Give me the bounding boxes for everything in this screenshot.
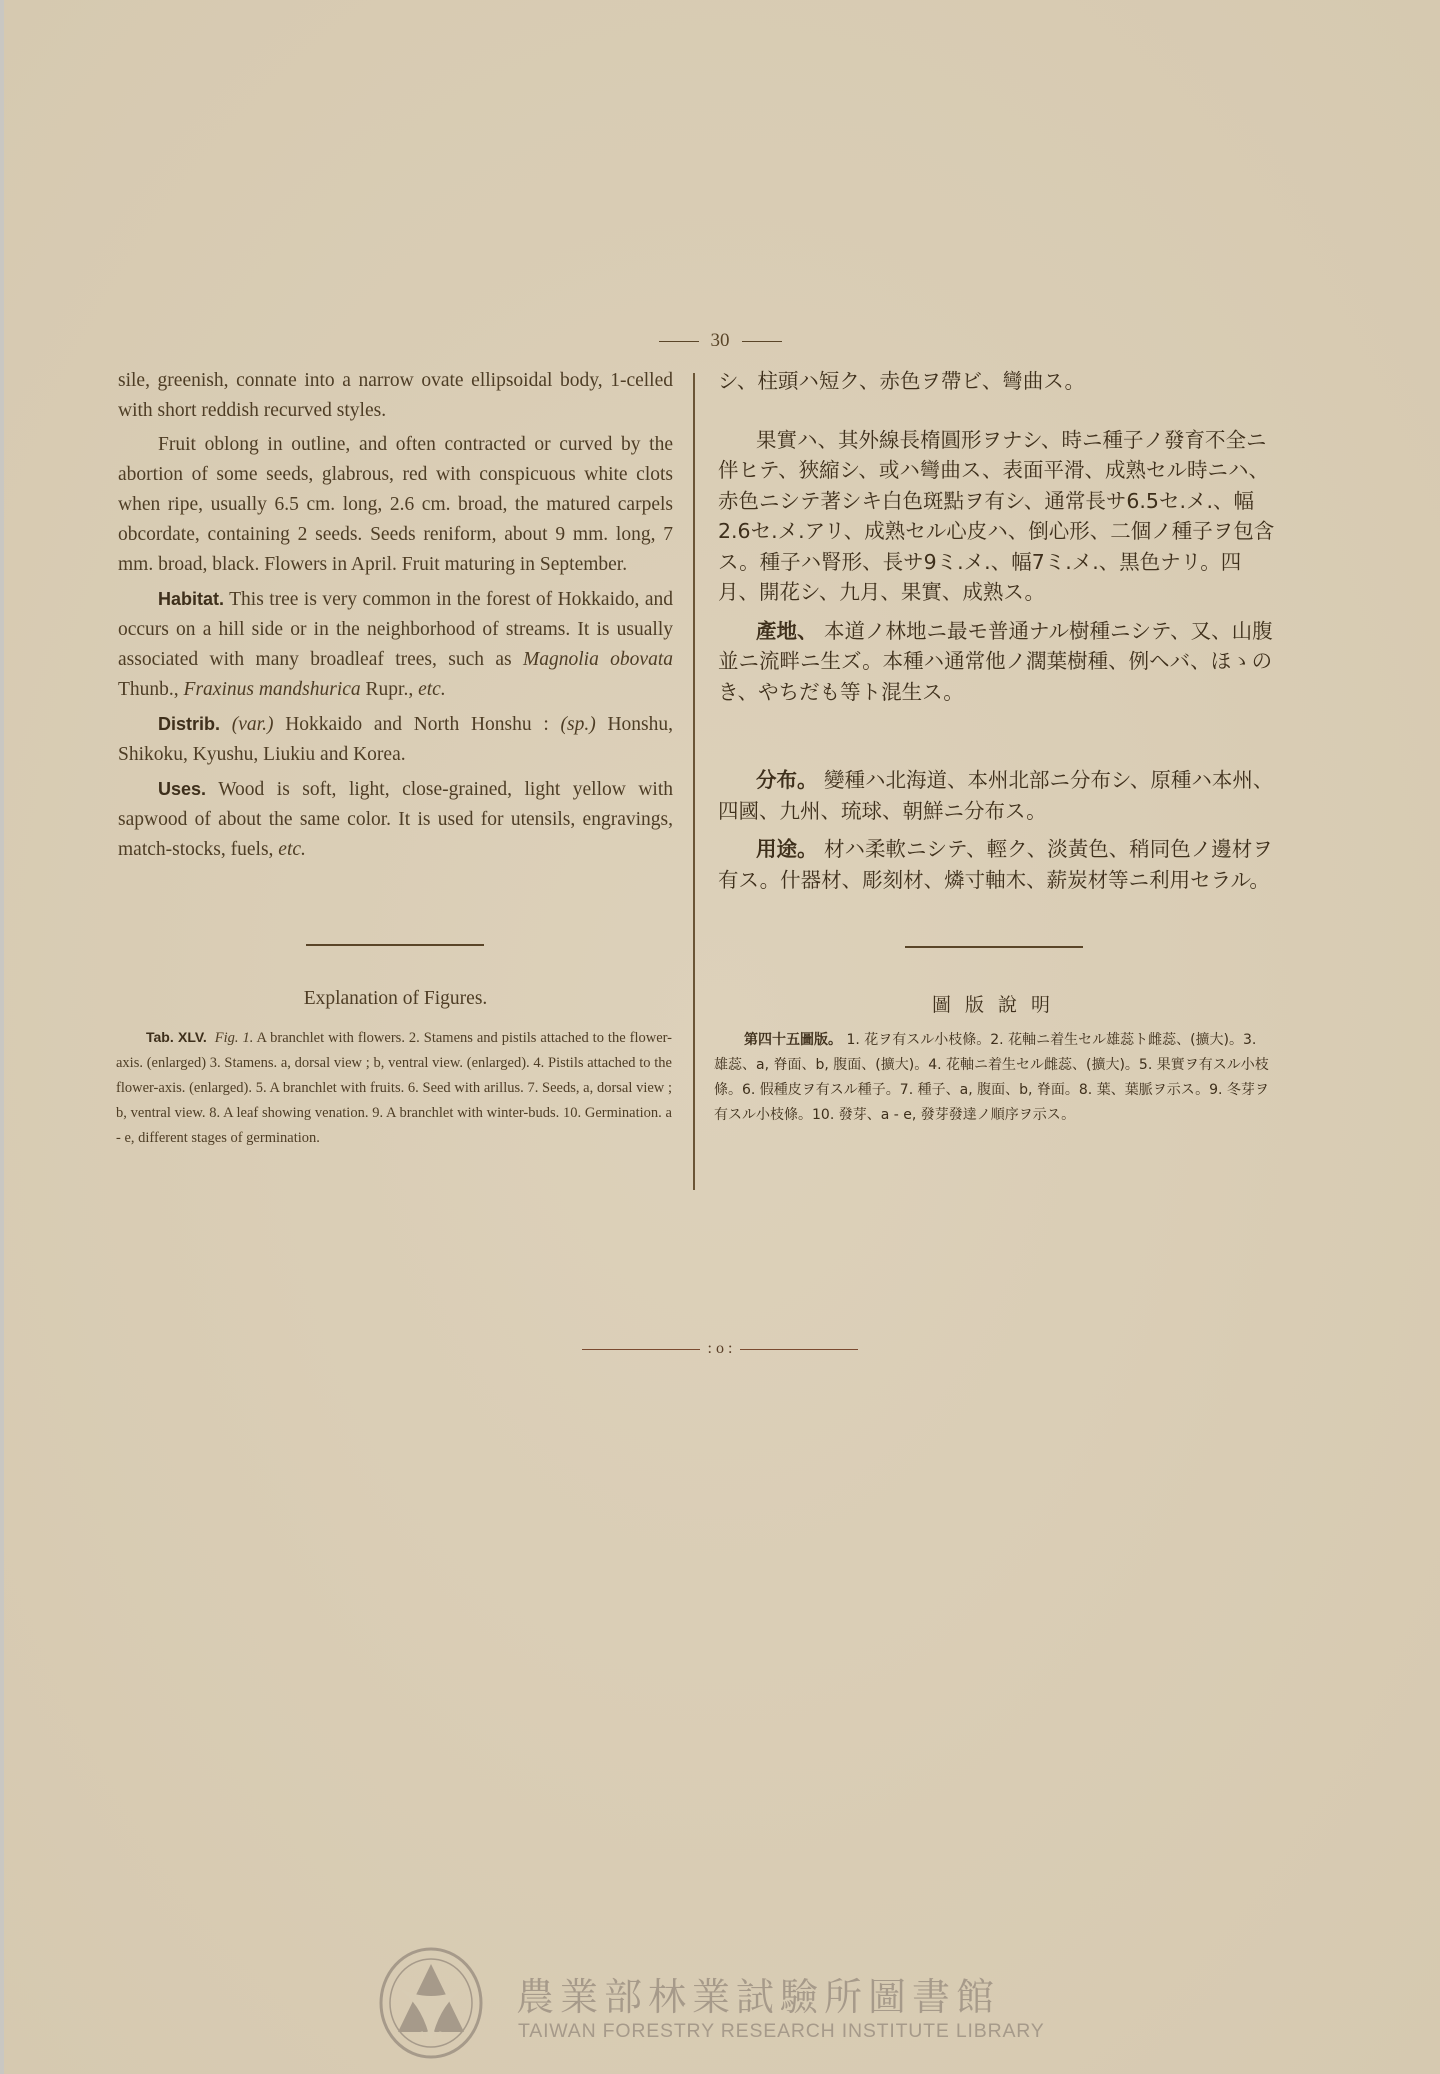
english-distrib: Distrib. (var.) Hokkaido and North Honsh… [118, 709, 673, 770]
tfri-logo-icon: 1896 [376, 1946, 486, 2061]
english-para-1: sile, greenish, connate into a narrow ov… [118, 366, 673, 426]
habitat-label: Habitat. [158, 589, 224, 609]
tab-label-jp: 第四十五圖版。 [744, 1032, 842, 1048]
english-habitat: Habitat. This tree is very common in the… [118, 584, 673, 705]
end-ornament: : o : [0, 1340, 1440, 1358]
scan-edge [0, 0, 4, 2074]
japanese-distrib: 分布。 變種ハ北海道、本州北部ニ分布シ、原種ハ本州、四國、九州、琉球、朝鮮ニ分布… [718, 765, 1278, 826]
japanese-habitat: 產地、 本道ノ林地ニ最モ普通ナル樹種ニシテ、又、山腹並ニ流畔ニ生ズ。本種ハ通常他… [718, 616, 1278, 708]
section-rule-en [306, 944, 484, 946]
page-number-text: 30 [711, 330, 730, 351]
habitat-label-jp: 產地、 [756, 619, 818, 643]
english-para-fruit: Fruit oblong in outline, and often contr… [118, 430, 673, 580]
english-column: sile, greenish, connate into a narrow ov… [118, 366, 673, 865]
uses-label: Uses. [158, 779, 206, 799]
species-name: Magnolia obovata [523, 649, 673, 670]
explanation-text-jp: 第四十五圖版。 1. 花ヲ有スル小枝條。2. 花軸ニ着生セル雄蕊ト雌蕊、(擴大)… [714, 1028, 1274, 1128]
tab-label: Tab. XLV. [146, 1029, 207, 1045]
library-watermark: 1896 農業部林業試驗所圖書館 TAIWAN FORESTRY RESEARC… [376, 1946, 1076, 2061]
species-name: Fraxinus mandshurica [184, 679, 361, 700]
explanation-title-jp: 圖版說明 [718, 990, 1278, 1017]
explanation-text-en: Tab. XLV. Fig. 1. A branchlet with flowe… [116, 1025, 672, 1151]
japanese-column: シ、柱頭ハ短ク、赤色ヲ帶ビ、彎曲ス。 果實ハ、其外線長楕圓形ヲナシ、時ニ種子ノ發… [718, 366, 1278, 895]
distrib-label: Distrib. [158, 714, 220, 734]
uses-label-jp: 用途。 [756, 837, 818, 861]
japanese-uses: 用途。 材ハ柔軟ニシテ、輕ク、淡黃色、稍同色ノ邊材ヲ有ス。什器材、彫刻材、燐寸軸… [718, 834, 1278, 895]
explanation-title-en: Explanation of Figures. [118, 988, 673, 1010]
library-name-cn: 農業部林業試驗所圖書館 [516, 1966, 1000, 2021]
svg-text:1896: 1896 [420, 2031, 443, 2041]
section-rule-jp [905, 946, 1083, 948]
japanese-para-fruit: 果實ハ、其外線長楕圓形ヲナシ、時ニ種子ノ發育不全ニ伴ヒテ、狹縮シ、或ハ彎曲ス、表… [718, 425, 1278, 608]
column-divider [693, 373, 695, 1190]
english-uses: Uses. Wood is soft, light, close-grained… [118, 774, 673, 865]
library-name-en: TAIWAN FORESTRY RESEARCH INSTITUTE LIBRA… [518, 2020, 1045, 2043]
page-number: 30 [0, 330, 1440, 352]
distrib-label-jp: 分布。 [756, 768, 818, 792]
japanese-para-1: シ、柱頭ハ短ク、赤色ヲ帶ビ、彎曲ス。 [718, 366, 1278, 397]
